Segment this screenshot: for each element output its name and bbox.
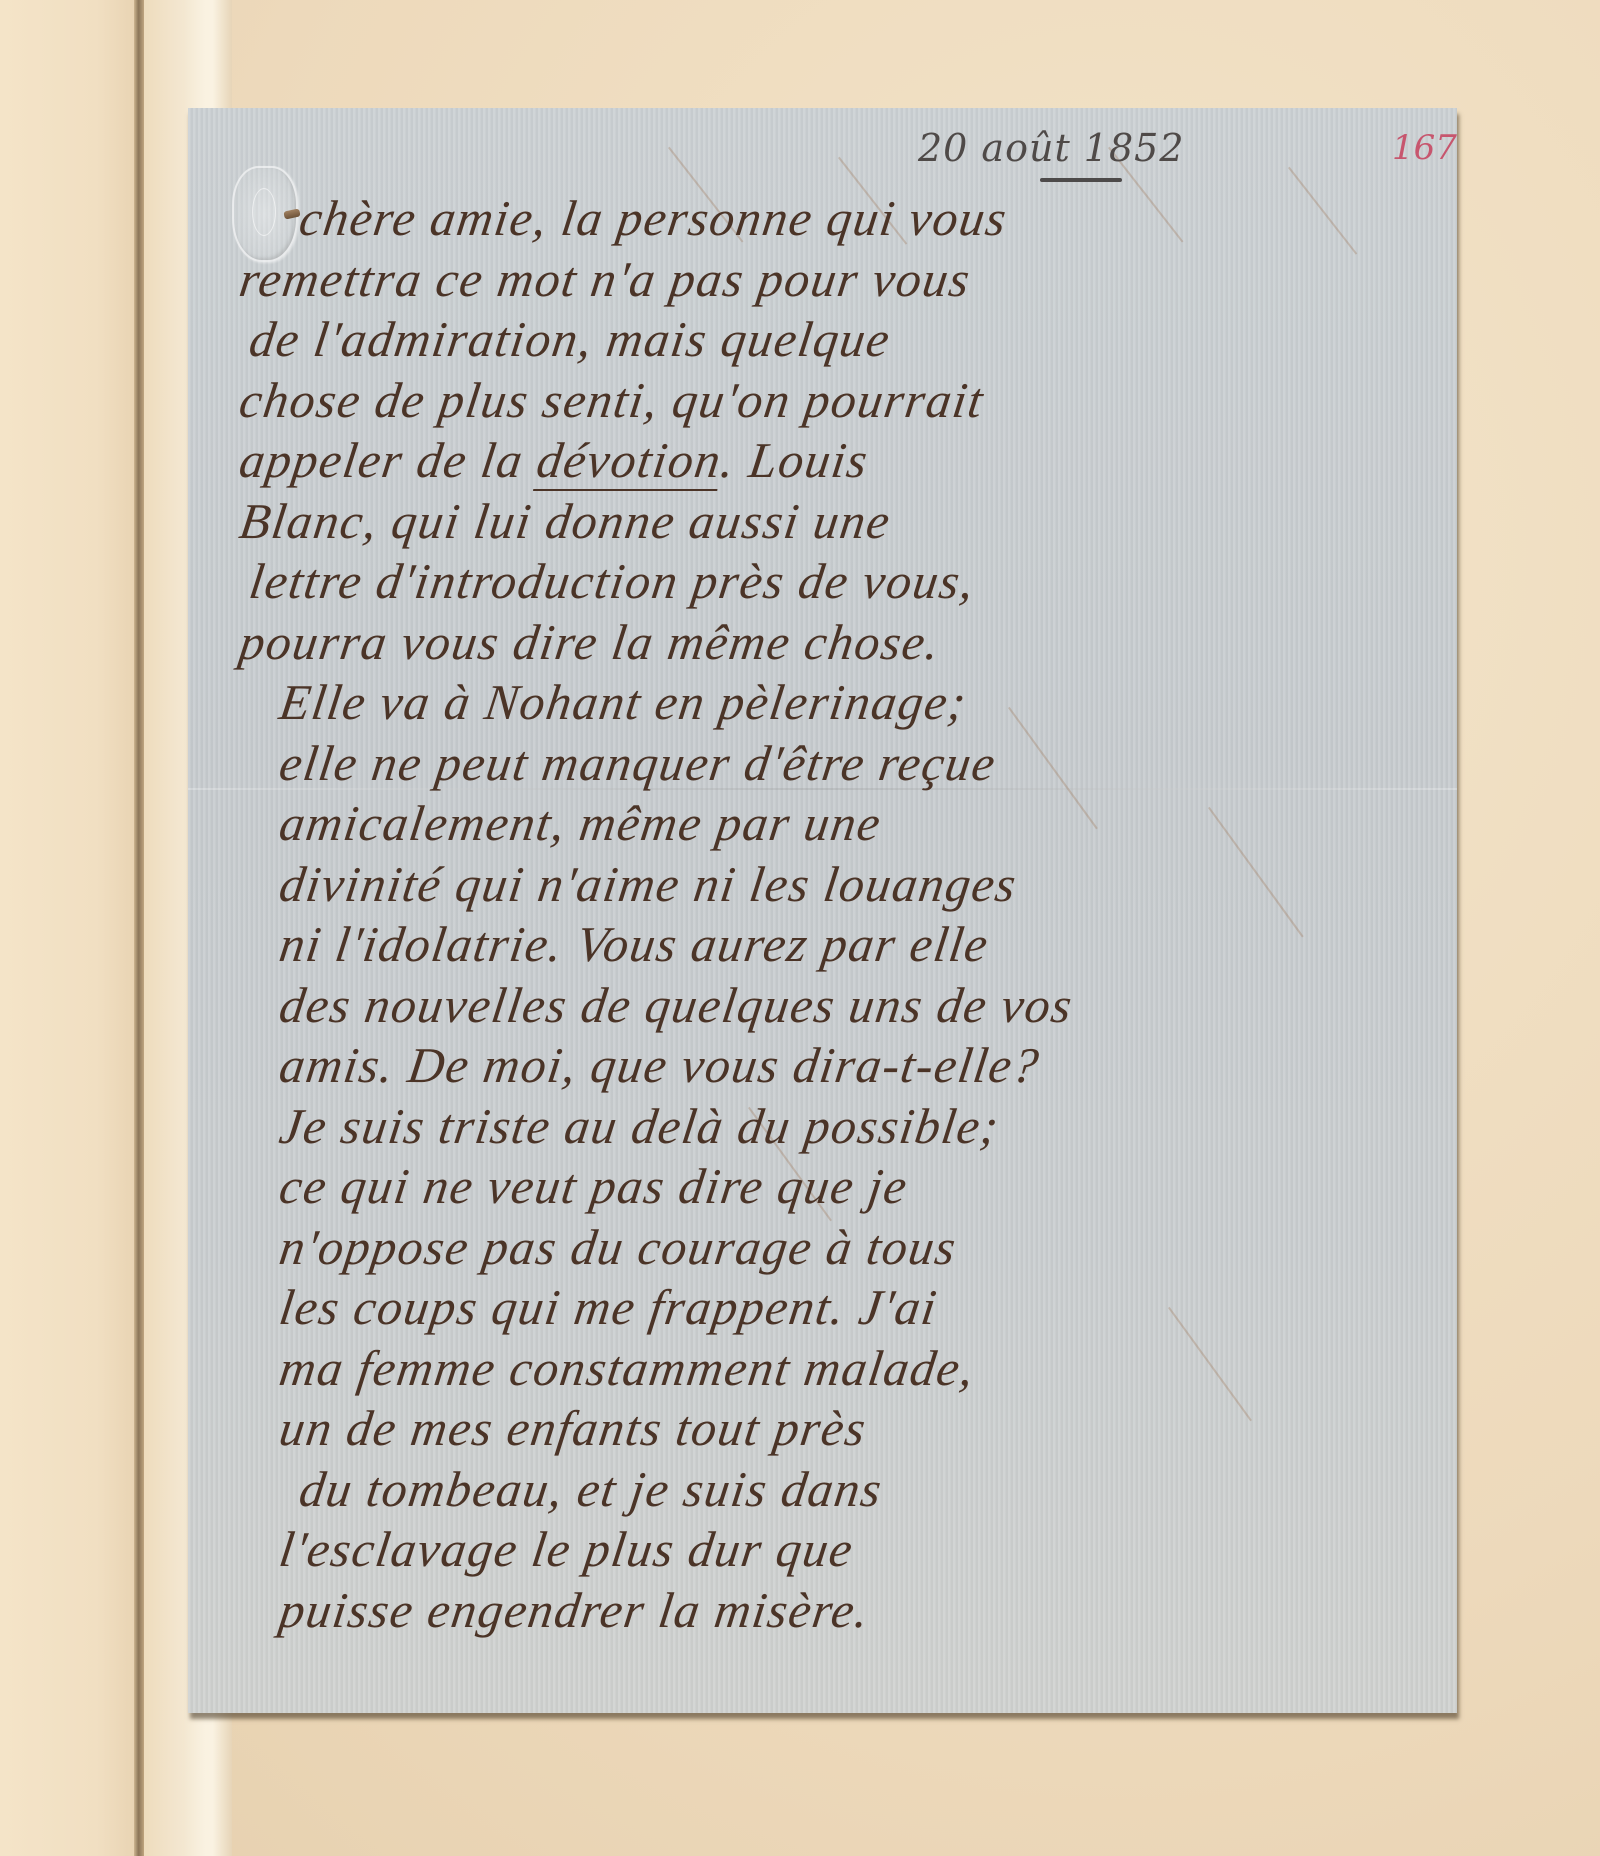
letter-line: Elle va à Nohant en pèlerinage; — [236, 672, 1425, 733]
letter-line: chose de plus senti, qu'on pourrait — [236, 370, 1425, 431]
letter-line: lettre d'introduction près de vous, — [236, 551, 1425, 612]
letter-line: du tombeau, et je suis dans — [236, 1459, 1425, 1520]
gutter-fold — [134, 0, 144, 1856]
letter-line: ni l'idolatrie. Vous aurez par elle — [236, 914, 1425, 975]
facing-page — [0, 0, 138, 1856]
letter-line: amicalement, même par une — [236, 793, 1425, 854]
letter-line: remettra ce mot n'a pas pour vous — [236, 249, 1425, 310]
letter-line: pourra vous dire la même chose. — [236, 612, 1425, 673]
letter-line: chère amie, la personne qui vous — [236, 188, 1425, 249]
folio-number: 167 — [1392, 128, 1457, 168]
letter-line: puisse engendrer la misère. — [236, 1580, 1425, 1641]
letter-line: n'oppose pas du courage à tous — [236, 1217, 1425, 1278]
line-text: . Louis — [718, 432, 873, 488]
letter-sheet: 20 août 1852 167 chère amie, la personne… — [188, 108, 1457, 1713]
letter-body: chère amie, la personne qui vous remettr… — [240, 188, 1420, 1640]
letter-line: appeler de la dévotion. Louis — [236, 430, 1425, 491]
letter-line: divinité qui n'aime ni les louanges — [236, 854, 1425, 915]
underlined-word: dévotion — [533, 432, 725, 488]
letter-line: ma femme constamment malade, — [236, 1338, 1425, 1399]
letter-line: ce qui ne veut pas dire que je — [236, 1156, 1425, 1217]
letter-line: amis. De moi, que vous dira-t-elle? — [236, 1035, 1425, 1096]
letter-line: de l'admiration, mais quelque — [236, 309, 1425, 370]
letter-line: des nouvelles de quelques uns de vos — [236, 975, 1425, 1036]
letter-line: l'esclavage le plus dur que — [236, 1519, 1425, 1580]
date-annotation: 20 août 1852 — [918, 126, 1185, 170]
line-text: appeler de la — [236, 432, 541, 488]
letter-line: Je suis triste au delà du possible; — [236, 1096, 1425, 1157]
letter-line: les coups qui me frappent. J'ai — [236, 1277, 1425, 1338]
date-underline — [1040, 178, 1122, 182]
letter-line: un de mes enfants tout près — [236, 1398, 1425, 1459]
letter-line: elle ne peut manquer d'être reçue — [236, 733, 1425, 794]
letter-line: Blanc, qui lui donne aussi une — [236, 491, 1425, 552]
